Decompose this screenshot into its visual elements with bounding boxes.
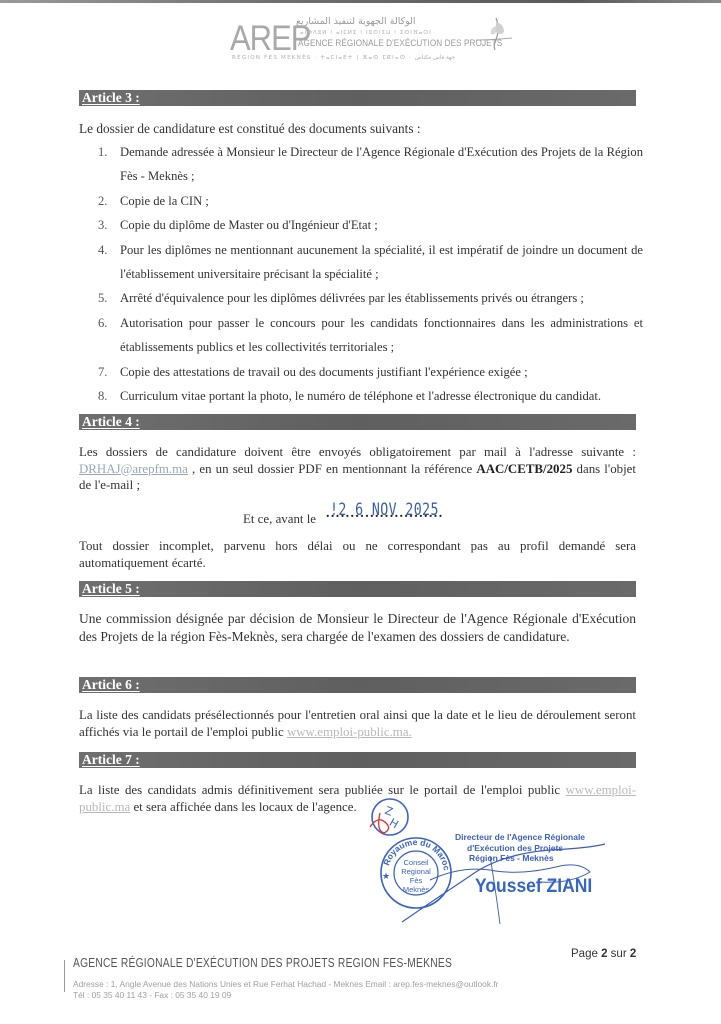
list-item: 4.Pour les diplômes ne mentionnant aucun… — [98, 238, 643, 287]
page-number: Page 2 sur 2 — [571, 948, 636, 960]
article-6-paragraph: La liste des candidats présélectionnés p… — [79, 707, 636, 741]
list-item: 2.Copie de la CIN ; — [98, 189, 643, 213]
paraphe-stamp-icon: Z H — [366, 795, 410, 839]
article-3-title: Article 3 : — [80, 90, 140, 106]
scan-top-edge — [0, 0, 721, 3]
article-4-rejection-note: Tout dossier incomplet, parvenu hors dél… — [79, 538, 636, 571]
article-5-paragraph: Une commission désignée par décision de … — [79, 610, 636, 645]
article-4-header: Article 4 : — [79, 414, 636, 430]
deadline-date-stamp: !2 6 NOV 2025 — [330, 500, 439, 520]
logo-region-line: RÉGION FÈS MEKNÈS · ⵜⴰⵎⵏⴰⴹⵜ | ⴼⴰⵙ ⵎⴽⵏⴰⵙ … — [232, 55, 455, 61]
footer-divider — [64, 960, 65, 992]
emploi-public-link[interactable]: www.emploi-public.ma. — [287, 725, 412, 739]
footer-address: Adresse : 1, Angle Avenue des Nations Un… — [73, 979, 498, 1001]
svg-text:★: ★ — [382, 871, 390, 881]
list-item: 1.Demande adressée à Monsieur le Directe… — [98, 140, 643, 189]
article-4-title: Article 4 : — [80, 414, 140, 430]
article-7-title: Article 7 : — [80, 752, 140, 768]
arep-logo: AREP الوكالة الجهوية لتنفيذ المشاريع ⴰⵏⴱ… — [228, 10, 518, 70]
logo-tifinagh-line: ⴰⵏⴱⴷⵓⵍ ! ⴰⵏⵎⵍⵉ ! ⵏⵓⵙⵏⵉⵡ ! ⵉⵙⵏⴼⴰⵔⵏ — [300, 30, 432, 36]
reference-code: AAC/CETB/2025 — [476, 462, 572, 476]
leaf-emblem-icon — [474, 16, 514, 52]
article-5-header: Article 5 : — [79, 581, 636, 597]
article-3-header: Article 3 : — [79, 90, 636, 106]
article-4-paragraph: Les dossiers de candidature doivent être… — [79, 444, 636, 494]
deadline-label: Et ce, avant le — [243, 510, 316, 528]
application-email-link[interactable]: DRHAJ@arepfm.ma — [79, 462, 188, 476]
logo-arabic-name: الوكالة الجهوية لتنفيذ المشاريع — [296, 16, 456, 27]
list-item: 3.Copie du diplôme de Master ou d'Ingéni… — [98, 213, 643, 237]
article-5-title: Article 5 : — [80, 581, 140, 597]
emploi-public-link-2[interactable]: www.emploi- — [566, 783, 636, 797]
logo-french-name: AGENCE RÉGIONALE D'EXÉCUTION DES PROJETS — [298, 38, 502, 49]
required-documents-list: 1.Demande adressée à Monsieur le Directe… — [98, 140, 643, 408]
list-item: 5.Arrêté d'équivalence pour les diplômes… — [98, 286, 643, 310]
list-item: 7.Copie des attestations de travail ou d… — [98, 360, 643, 384]
article-3-intro: Le dossier de candidature est constitué … — [79, 120, 639, 138]
footer-agency-name: AGENCE RÉGIONALE D'EXÉCUTION DES PROJETS… — [73, 956, 452, 970]
article-6-header: Article 6 : — [79, 677, 636, 693]
article-6-title: Article 6 : — [80, 677, 140, 693]
handwritten-signature-icon — [400, 836, 610, 926]
list-item: 6.Autorisation pour passer le concours p… — [98, 311, 643, 360]
article-7-paragraph: La liste des candidats admis définitivem… — [79, 782, 636, 816]
list-item: 8.Curriculum vitae portant la photo, le … — [98, 384, 643, 408]
article-7-header: Article 7 : — [79, 752, 636, 768]
